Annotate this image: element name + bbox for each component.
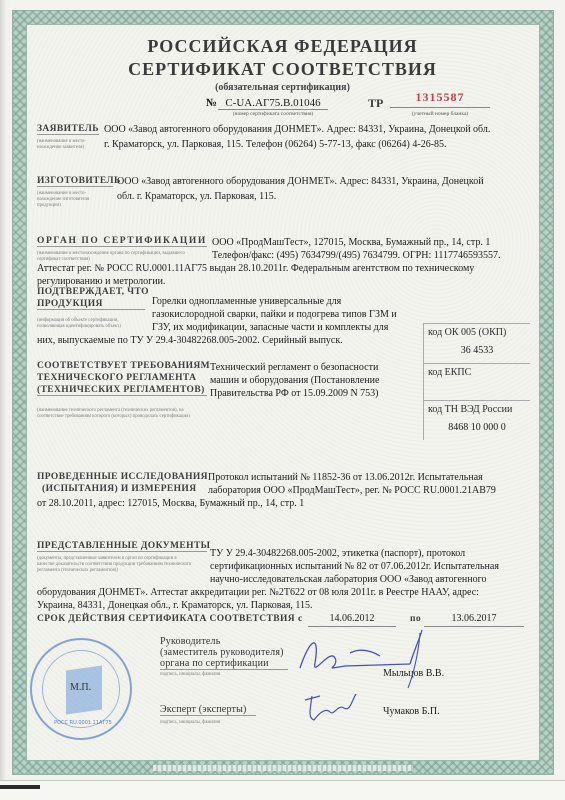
product-line-2: газокислородной сварки, пайки и подогрев… — [152, 309, 397, 322]
applicant-line-2: г. Краматорск, ул. Парковая, 115. Телефо… — [104, 139, 447, 152]
applicant-caption: (наименование и место-нахождение заявите… — [37, 139, 99, 151]
code-box-ekps: код ЕКПС — [423, 363, 530, 401]
validity-to-date: 13.06.2017 — [424, 613, 524, 627]
code-box-tnved: код ТН ВЭД России 8468 10 000 0 — [423, 400, 530, 440]
documents-line-3: научно-исследовательская лаборатория ООО… — [210, 574, 486, 587]
product-line-1: Горелки однопламенные универсальные для — [152, 296, 341, 309]
documents-label: ПРЕДСТАВЛЕННЫЕ ДОКУМЕНТЫ — [37, 541, 207, 552]
certification-body-label: ОРГАН ПО СЕРТИФИКАЦИИ — [37, 236, 207, 247]
code-tnved-value: 8468 10 000 0 — [424, 422, 530, 433]
expert-title: Эксперт (эксперты) — [160, 704, 256, 716]
certificate-number: С-UA.АГ75.В.01046 — [218, 97, 328, 110]
product-line-4: них, выпускаемые по ТУ У 29.4-30482268.0… — [37, 335, 343, 348]
tests-label-line-2: (ИСПЫТАНИЯ) И ИЗМЕРЕНИЯ — [42, 484, 196, 494]
head-signature-icon — [290, 628, 430, 688]
validity-from-date: 14.06.2012 — [308, 613, 396, 627]
number-sign: № — [206, 97, 217, 109]
requirements-caption: (наименование технического регламента (т… — [37, 408, 197, 420]
applicant-line-1: ООО «Завод автогенного оборудования ДОНМ… — [104, 124, 490, 137]
validity-from-label: с — [298, 614, 303, 624]
product-line-3: ГЗУ, их модификации, запасные части и ко… — [152, 322, 388, 335]
head-signature-caption: подпись, инициалы, фамилия — [160, 672, 220, 678]
documents-caption: (документы, представленные заявителем в … — [37, 556, 195, 574]
manufacturer-line-2: обл. г. Краматорск, ул. Парковая, 115. — [117, 191, 276, 204]
applicant-label: ЗАЯВИТЕЛЬ — [37, 124, 99, 135]
stamp-mp-label: М.П. — [70, 682, 91, 693]
blank-number: 1315587 — [390, 90, 490, 108]
tests-line-1: Протокол испытаний № 11852-36 от 13.06.2… — [208, 472, 483, 485]
expert-name: Чумаков Б.П. — [383, 706, 440, 719]
certification-body-line-1: ООО «ПродМашТест», 127015, Москва, Бумаж… — [212, 237, 490, 250]
tests-label-line-1: ПРОВЕДЕННЫЕ ИССЛЕДОВАНИЯ — [37, 472, 208, 482]
blank-number-caption: (учетный номер бланка) — [390, 111, 490, 117]
product-label-line-2: ПРОДУКЦИЯ — [37, 299, 145, 310]
validity-label: СРОК ДЕЙСТВИЯ СЕРТИФИКАТА СООТВЕТСТВИЯ — [37, 614, 295, 624]
documents-line-1: ТУ У 29.4-30482268.005-2002, этикетка (п… — [210, 548, 465, 561]
manufacturer-caption: (наименование и место-нахождение изготов… — [37, 191, 109, 209]
head-title-line-2: (заместитель руководителя) — [160, 647, 284, 658]
certificate-number-caption: (номер сертификата соответствия) — [218, 111, 328, 117]
certification-body-caption: (наименование и местонахождение органа п… — [37, 251, 202, 263]
code-ekps-label: код ЕКПС — [424, 364, 530, 378]
country-title: РОССИЙСКАЯ ФЕДЕРАЦИЯ — [0, 36, 565, 57]
stamp-registration-text: РОСС RU.0001.11АГ75 — [40, 720, 126, 726]
expert-signature-caption: подпись, инициалы, фамилия — [160, 720, 220, 726]
document-title: СЕРТИФИКАТ СООТВЕТСТВИЯ — [0, 59, 565, 80]
code-okp-label: код ОК 005 (ОКП) — [424, 324, 530, 338]
microtext-line — [153, 765, 413, 771]
certification-body-line-3: Аттестат рег. № РОСС RU.0001.11АГ75 выда… — [37, 263, 474, 276]
manufacturer-line-1: ООО «Завод автогенного оборудования ДОНМ… — [117, 176, 484, 189]
product-caption: (информация об объекте сертификации, поз… — [37, 318, 145, 330]
requirements-label-line-1: СООТВЕТСТВУЕТ ТРЕБОВАНИЯМ — [37, 361, 210, 371]
code-box-okp: код ОК 005 (ОКП) 36 4533 — [423, 323, 530, 367]
tp-label: ТР — [368, 96, 383, 111]
documents-line-4: оборудования ДОНМЕТ». Аттестат аккредита… — [37, 587, 479, 600]
code-okp-value: 36 4533 — [424, 345, 530, 356]
requirements-label-line-2: ТЕХНИЧЕСКОГО РЕГЛАМЕНТА — [37, 373, 196, 383]
page-edge — [0, 780, 565, 800]
head-title-line-3: органа по сертификации — [160, 658, 288, 670]
tests-line-2: лаборатория ООО «ПродМашТест», рег. № РО… — [208, 485, 496, 498]
tests-line-3: от 28.10.2011, адрес: 127015, Москва, Бу… — [37, 498, 304, 511]
product-label-line-1: ПОДТВЕРЖДАЕТ, ЧТО — [37, 287, 149, 297]
documents-line-5: Украина, 84331, Донецкая обл., г. Крамат… — [37, 600, 313, 613]
certification-body-line-2: Телефон/факс: (495) 7634799/(495) 763479… — [212, 250, 501, 263]
validity-to-label: по — [410, 614, 421, 624]
code-tnved-label: код ТН ВЭД России — [424, 401, 530, 415]
requirements-line-2: машин и оборудования (Постановление — [210, 375, 379, 388]
head-title-line-1: Руководитель — [160, 636, 220, 647]
official-stamp: М.П. РОСС RU.0001.11АГ75 — [30, 638, 132, 740]
requirements-line-1: Технический регламент о безопасности — [210, 362, 378, 375]
manufacturer-label: ИЗГОТОВИТЕЛЬ — [37, 176, 113, 187]
expert-signature-icon — [300, 690, 360, 725]
requirements-line-3: Правительства РФ от 15.09.2009 N 753) — [210, 388, 379, 401]
requirements-label-line-3: (ТЕХНИЧЕСКИХ РЕГЛАМЕНТОВ) — [37, 385, 207, 396]
documents-line-2: сертификационных испытаний № 82 от 07.06… — [210, 561, 499, 574]
